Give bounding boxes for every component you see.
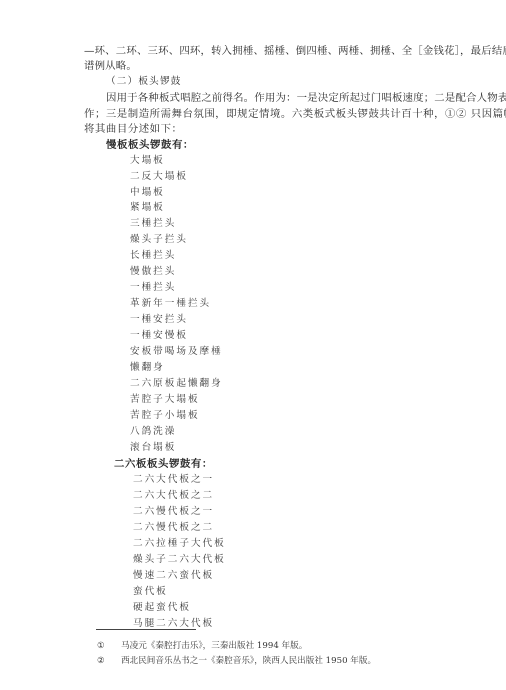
list-item: 燥头子二六大代板 — [133, 553, 226, 567]
list-item: 燥头子拦头 — [130, 233, 188, 247]
list-item: 苦腔子大塌板 — [130, 393, 200, 407]
list-item: 二六慢代板之二 — [133, 521, 214, 535]
list-item: 二六大代板之二 — [133, 489, 214, 503]
intro-line-1: —环、二环、三环、四环，转入拥棰、摇棰、倒四棰、两棰、拥棰、全［金钱花］，最后结… — [84, 44, 506, 58]
list-item: 紧塌板 — [130, 201, 165, 215]
list-item: 二反大塌板 — [130, 170, 188, 184]
list-item: 慢傲拦头 — [130, 265, 176, 279]
list-item: 大塌板 — [130, 154, 165, 168]
list-item: 二六大代板之一 — [133, 473, 214, 487]
footnote-text: 西北民间音乐丛书之一《秦腔音乐》，陕西人民出版社 1950 年版。 — [121, 656, 376, 666]
list-item: 慢速二六蛮代板 — [133, 569, 214, 583]
list-item: 安板带喝场及摩棰 — [130, 345, 223, 359]
footnote-marker: ① — [97, 640, 121, 652]
list-item: 一棰拦头 — [130, 281, 176, 295]
footnote-text: 马凌元《秦腔打击乐》，三秦出版社 1994 年版。 — [121, 641, 307, 651]
list-item: 革新年一棰拦头 — [130, 297, 211, 311]
footnote-marker: ② — [97, 655, 121, 667]
list-item: 八鸽洗澡 — [130, 425, 176, 439]
group2-heading: 二六板板头锣鼓有： — [114, 457, 213, 471]
body-line-1: 因用于各种板式唱腔之前得名。作用为：一是决定所起过门唱板速度；二是配合人物表演动 — [106, 91, 506, 105]
list-item: 三棰拦头 — [130, 217, 176, 231]
body-line-2: 作；三是制造所需舞台氛围，即规定情境。六类板式板头锣鼓共计百十种，①② 只因篇幅… — [84, 107, 506, 121]
list-item: 二六拉棰子大代板 — [133, 537, 226, 551]
footnote-2: ②西北民间音乐丛书之一《秦腔音乐》，陕西人民出版社 1950 年版。 — [97, 655, 376, 667]
list-item: 滚台塌板 — [130, 441, 176, 455]
list-item: 中塌板 — [130, 186, 165, 200]
list-item: 苦腔子小塌板 — [130, 409, 200, 423]
list-item: 一棰安慢板 — [130, 329, 188, 343]
footnote-divider — [96, 629, 196, 630]
list-item: 一棰安拦头 — [130, 313, 188, 327]
document-page: —环、二环、三环、四环，转入拥棰、摇棰、倒四棰、两棰、拥棰、全［金钱花］，最后结… — [0, 0, 506, 690]
list-item: 长棰拦头 — [130, 249, 176, 263]
list-item: 二六原板起懒翻身 — [130, 377, 223, 391]
list-item: 硬起蛮代板 — [133, 601, 191, 615]
section-heading: （二）板头锣鼓 — [106, 75, 182, 89]
list-item: 蛮代板 — [133, 585, 168, 599]
group1-heading: 慢板板头锣鼓有： — [106, 138, 194, 152]
footnote-1: ①马凌元《秦腔打击乐》，三秦出版社 1994 年版。 — [97, 640, 307, 652]
list-item: 懒翻身 — [130, 361, 165, 375]
intro-line-2: 谱例从略。 — [84, 59, 137, 73]
list-item: 二六慢代板之一 — [133, 505, 214, 519]
body-line-3: 将其曲目分述如下： — [84, 122, 182, 136]
